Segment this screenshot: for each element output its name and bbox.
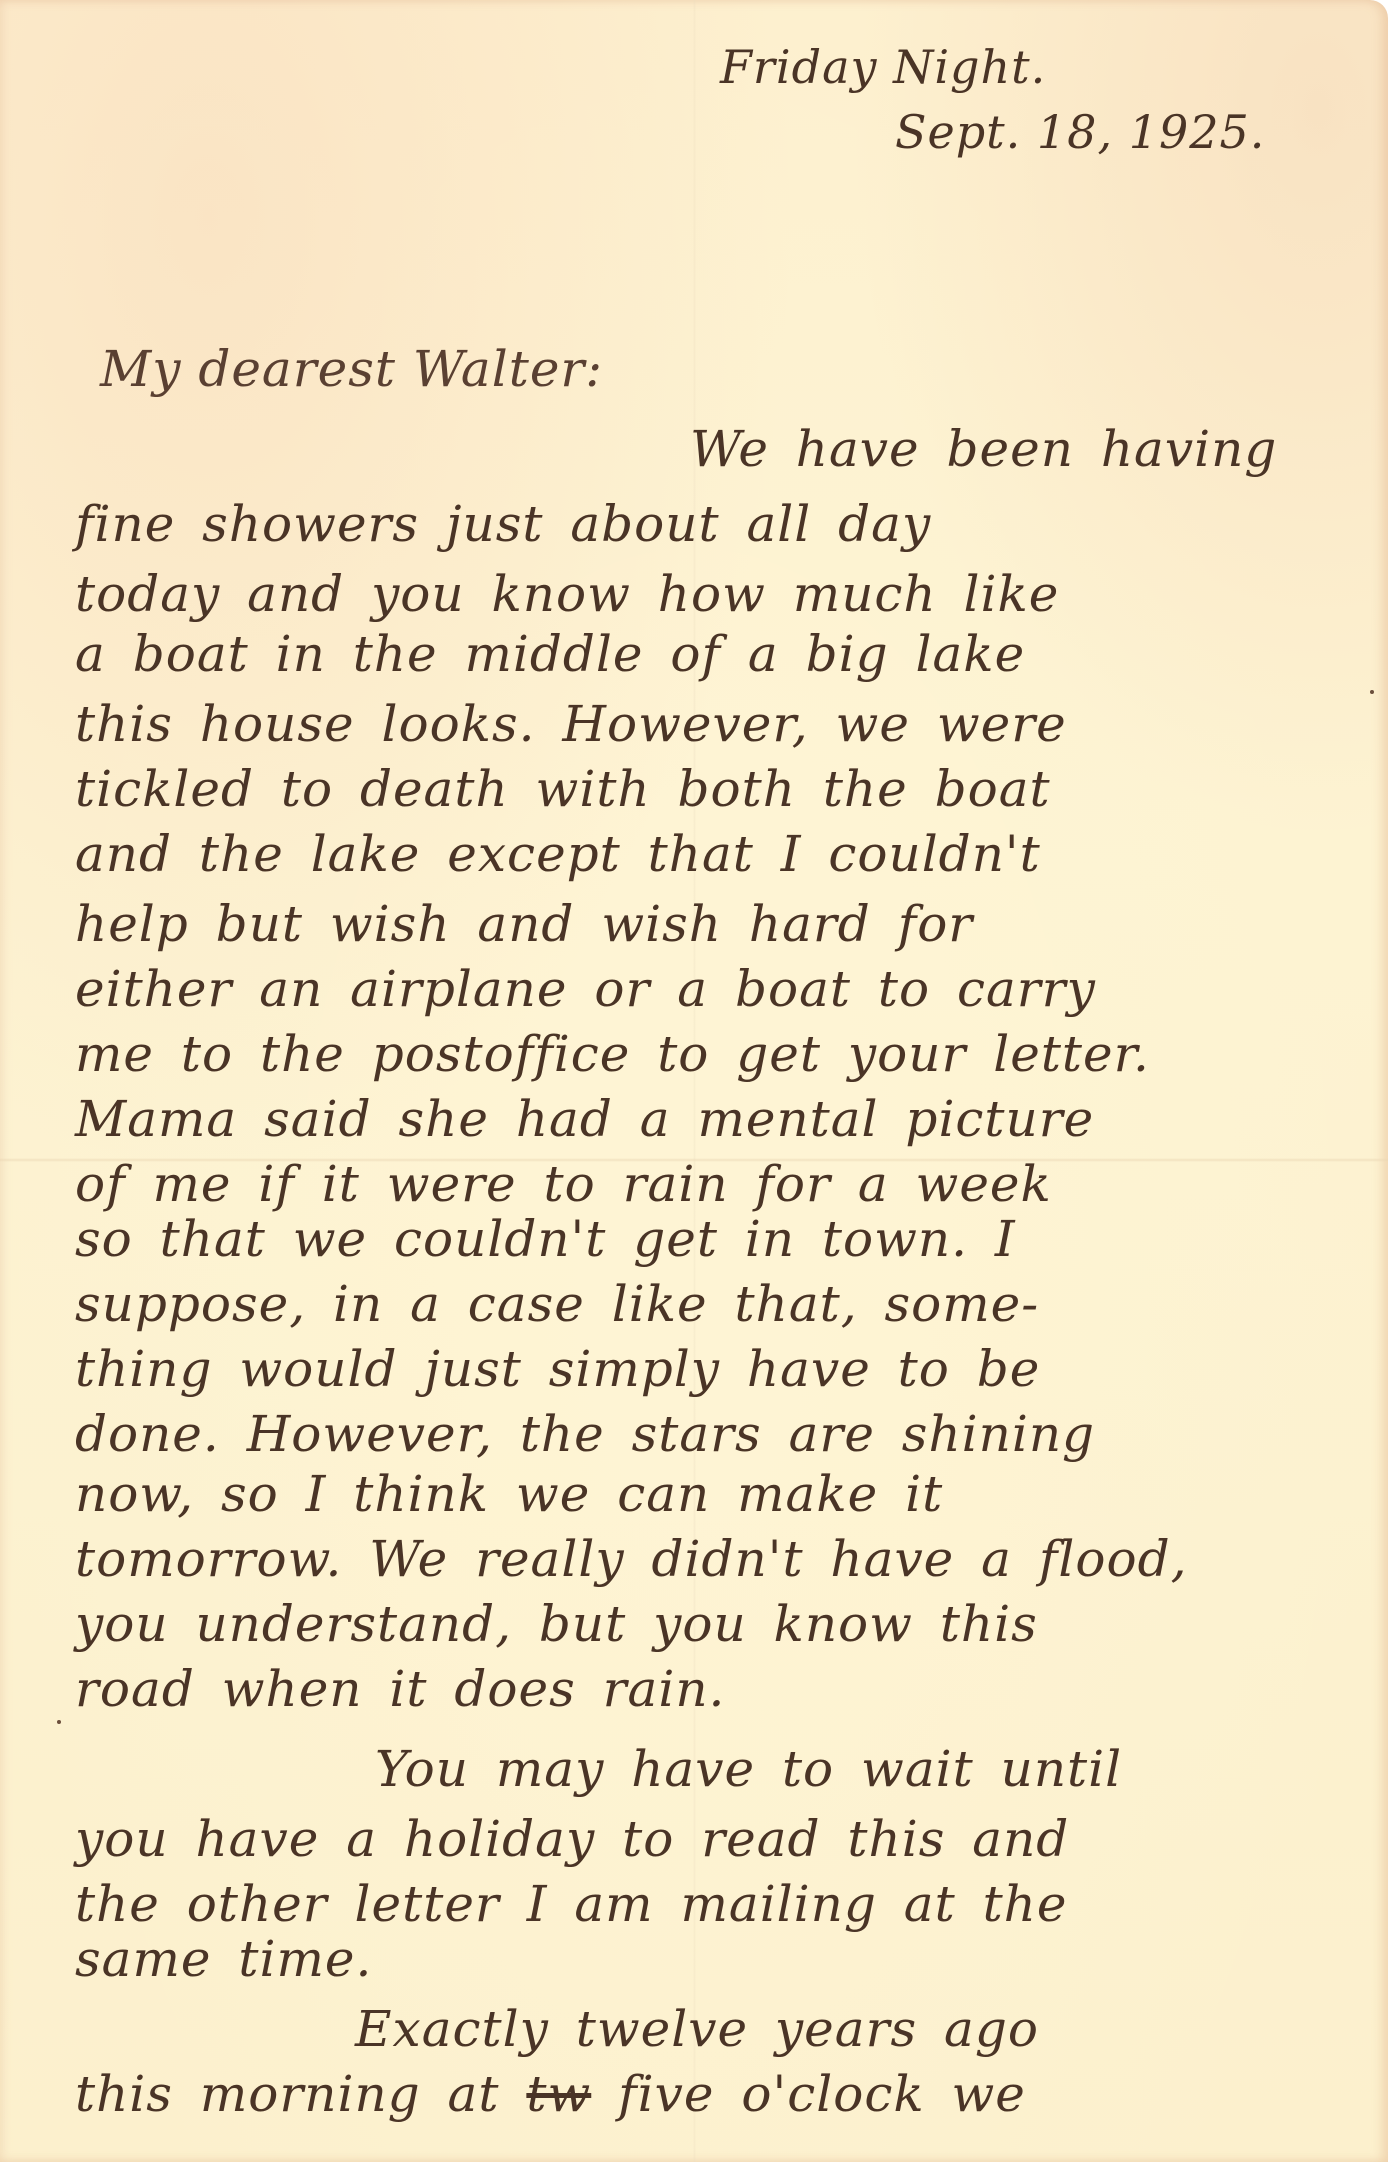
ink-dot: [57, 1720, 61, 1724]
letter-line-part: five o'clock we: [591, 2065, 1026, 2123]
letter-line-last: this morning at tw five o'clock we: [75, 2065, 1026, 2123]
letter-line: so that we couldn't get in town. I: [75, 1210, 1016, 1268]
letter-line: the other letter I am mailing at the: [75, 1875, 1067, 1933]
letter-line-part: this morning at: [75, 2065, 526, 2123]
letter-line: tomorrow. We really didn't have a flood,: [75, 1530, 1187, 1588]
salutation: My dearest Walter:: [100, 340, 603, 398]
letter-line: help but wish and wish hard for: [75, 895, 973, 953]
letter-line: you understand, but you know this: [75, 1595, 1038, 1653]
letter-line: me to the postoffice to get your letter.: [75, 1025, 1150, 1083]
letter-line: this house looks. However, we were: [75, 695, 1067, 753]
letter-line: Mama said she had a mental picture: [75, 1090, 1094, 1148]
letter-line: same time.: [75, 1930, 372, 1988]
letter-page: Friday Night. Sept. 18, 1925. My dearest…: [0, 0, 1388, 2162]
letter-line: of me if it were to rain for a week: [75, 1155, 1052, 1213]
letter-line: a boat in the middle of a big lake: [75, 625, 1025, 683]
letter-line: you have a holiday to read this and: [75, 1810, 1069, 1868]
letter-line: We have been having: [690, 420, 1277, 478]
letter-line: suppose, in a case like that, some-: [75, 1275, 1039, 1333]
dateline-day: Friday Night.: [720, 40, 1046, 94]
letter-line: and the lake except that I couldn't: [75, 825, 1041, 883]
letter-line: today and you know how much like: [75, 565, 1059, 623]
dateline-date: Sept. 18, 1925.: [895, 105, 1265, 159]
letter-line: either an airplane or a boat to carry: [75, 960, 1096, 1018]
letter-line: road when it does rain.: [75, 1660, 725, 1718]
letter-line: tickled to death with both the boat: [75, 760, 1051, 818]
letter-line: You may have to wait until: [375, 1740, 1122, 1798]
letter-line: thing would just simply have to be: [75, 1340, 1040, 1398]
struck-out-text: tw: [526, 2065, 591, 2123]
letter-line: now, so I think we can make it: [75, 1465, 943, 1523]
letter-line: done. However, the stars are shining: [75, 1405, 1095, 1463]
letter-line: fine showers just about all day: [75, 495, 931, 553]
ink-dot: [1370, 690, 1374, 694]
letter-line: Exactly twelve years ago: [355, 2000, 1039, 2058]
